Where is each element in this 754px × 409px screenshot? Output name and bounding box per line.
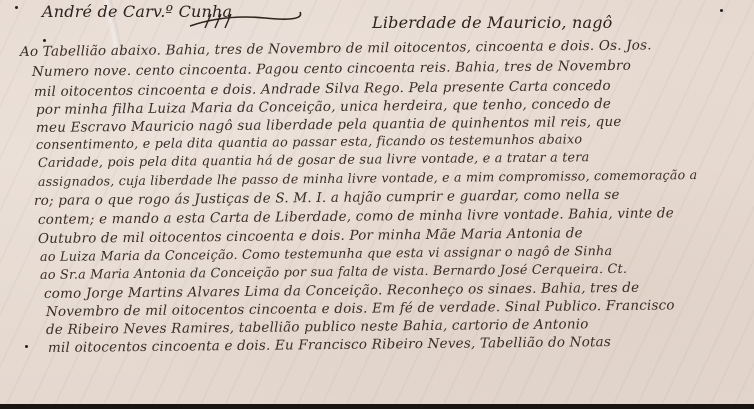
body-line: ro; para o que rogo ás Justiças de S. M.…	[34, 187, 620, 209]
header-flourish-icon	[185, 8, 305, 32]
body-line: Caridade, pois pela dita quantia há de g…	[38, 150, 590, 171]
body-line: Outubro de mil oitocentos cincoenta e do…	[38, 225, 583, 247]
ink-dot	[25, 345, 28, 348]
body-line: consentimento, e pela dita quantia ao pa…	[36, 132, 582, 153]
ink-dot	[15, 6, 18, 9]
body-line: ao Luiza Maria da Conceição. Como testem…	[40, 244, 612, 265]
document-title: Liberdade de Mauricio, nagô	[372, 13, 612, 32]
body-line: Numero nove. cento cincoenta. Pagou cent…	[32, 58, 631, 80]
ink-dot	[720, 9, 723, 12]
body-line: assignados, cuja liberdade lhe passo de …	[38, 167, 697, 189]
manuscript-page: André de Carv.º Cunha Liberdade de Mauri…	[0, 0, 754, 404]
ink-dot	[43, 39, 46, 42]
body-line: mil oitocentos cincoenta e dois. Eu Fran…	[48, 334, 611, 356]
